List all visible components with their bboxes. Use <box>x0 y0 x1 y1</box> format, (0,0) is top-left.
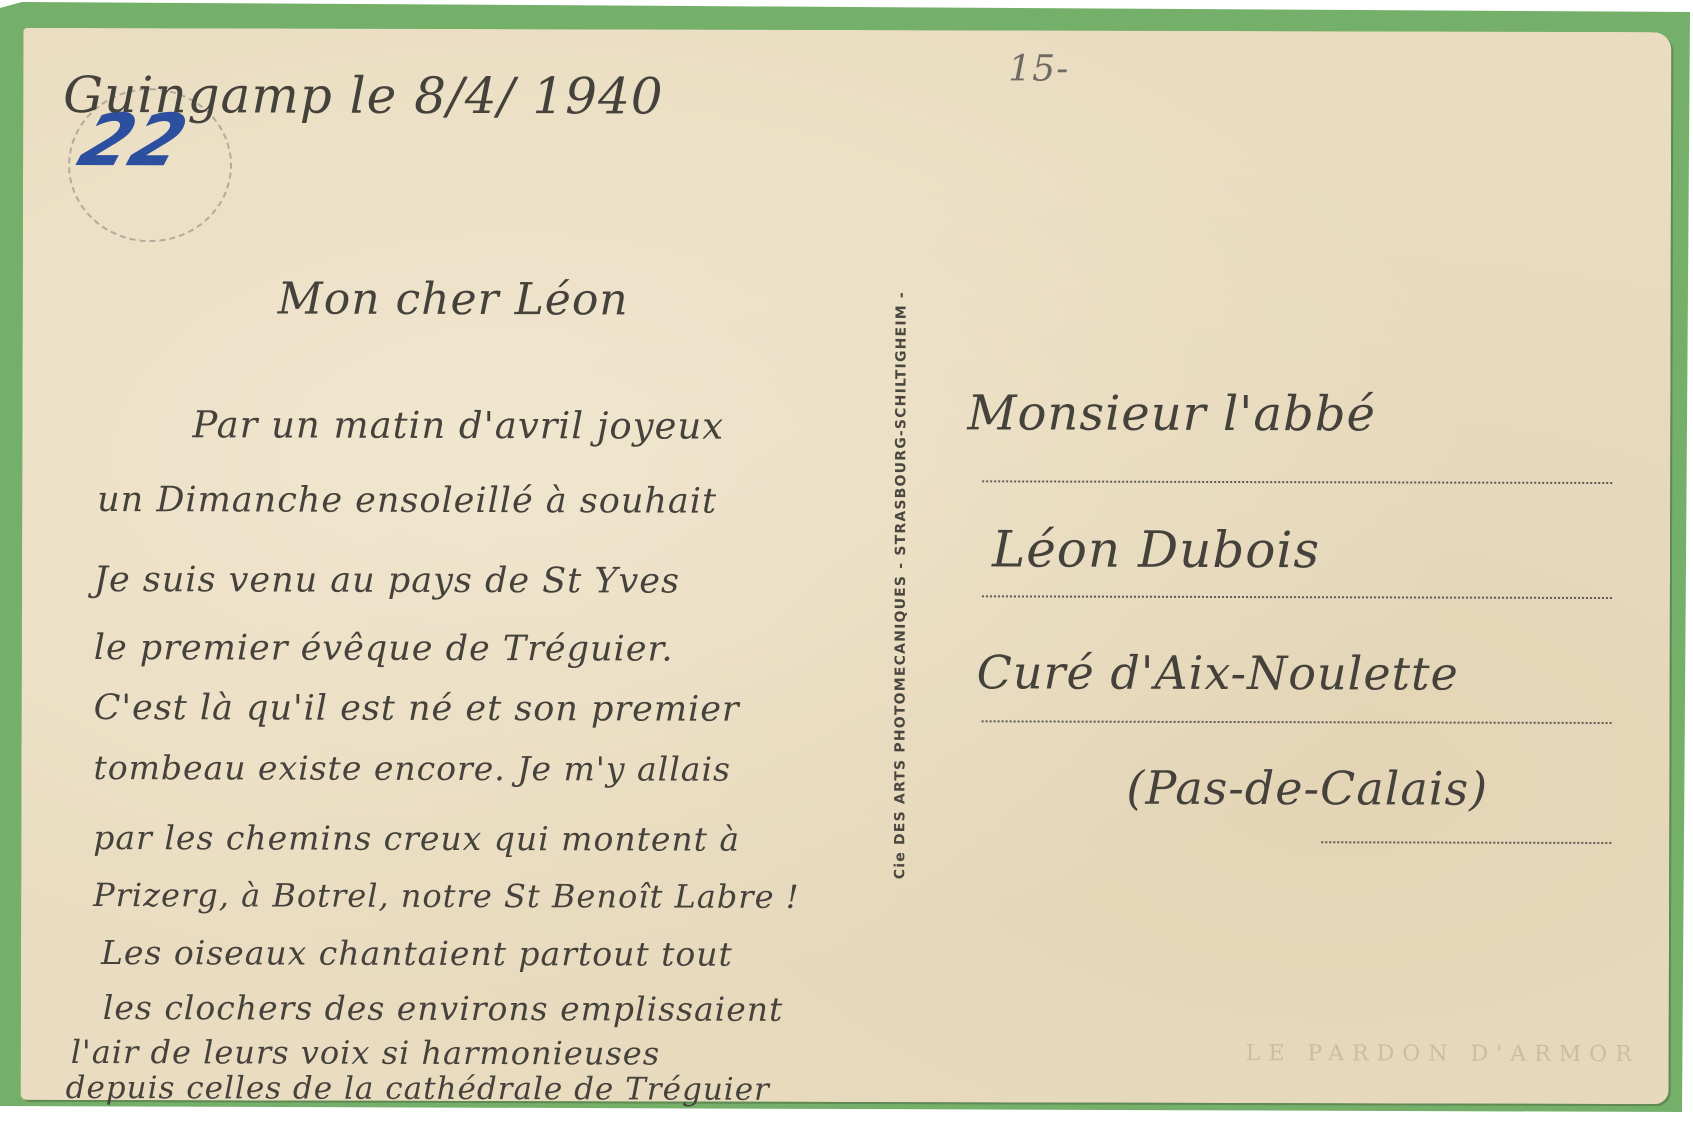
message-line: Prizerg, à Botrel, notre St Benoît Labre… <box>93 876 800 916</box>
salutation: Mon cher Léon <box>278 274 629 326</box>
pencil-price-mark: 15- <box>1008 48 1069 89</box>
message-line: Par un matin d'avril joyeux <box>192 403 724 447</box>
message-line: par les chemins creux qui montent à <box>93 818 740 859</box>
address-rule <box>1321 841 1611 844</box>
place-and-date: Guingamp le 8/4/ 1940 <box>63 66 664 126</box>
message-line: depuis celles de la cathédrale de Trégui… <box>66 1070 770 1108</box>
message-line: les clochers des environs emplissaient <box>103 988 784 1029</box>
address-line: Monsieur l'abbé <box>967 385 1376 442</box>
address-line: (Pas-de-Calais) <box>1126 761 1488 816</box>
message-line: C'est là qu'il est né et son premier <box>94 688 740 730</box>
address-line: Léon Dubois <box>992 520 1320 579</box>
message-line: le premier évêque de Tréguier. <box>94 628 674 670</box>
message-line: l'air de leurs voix si harmonieuses <box>71 1033 661 1073</box>
address-line: Curé d'Aix-Noulette <box>977 645 1459 700</box>
address-rule <box>982 720 1612 724</box>
message-line: un Dimanche ensoleillé à souhait <box>97 480 717 522</box>
printer-imprint: Cie DES ARTS PHOTOMECANIQUES - STRASBOUR… <box>889 205 913 965</box>
address-rule <box>982 595 1612 599</box>
message-line: Les oiseaux chantaient partout tout <box>101 933 733 974</box>
address-rule <box>982 480 1612 484</box>
message-line: Je suis venu au pays de St Yves <box>94 560 680 602</box>
bleed-through-print: LE PARDON D'ARMOR <box>1246 1041 1640 1067</box>
postcard: 22 Guingamp le 8/4/ 1940 15- Cie DES ART… <box>21 28 1672 1104</box>
message-line: tombeau existe encore. Je m'y allais <box>93 748 731 789</box>
